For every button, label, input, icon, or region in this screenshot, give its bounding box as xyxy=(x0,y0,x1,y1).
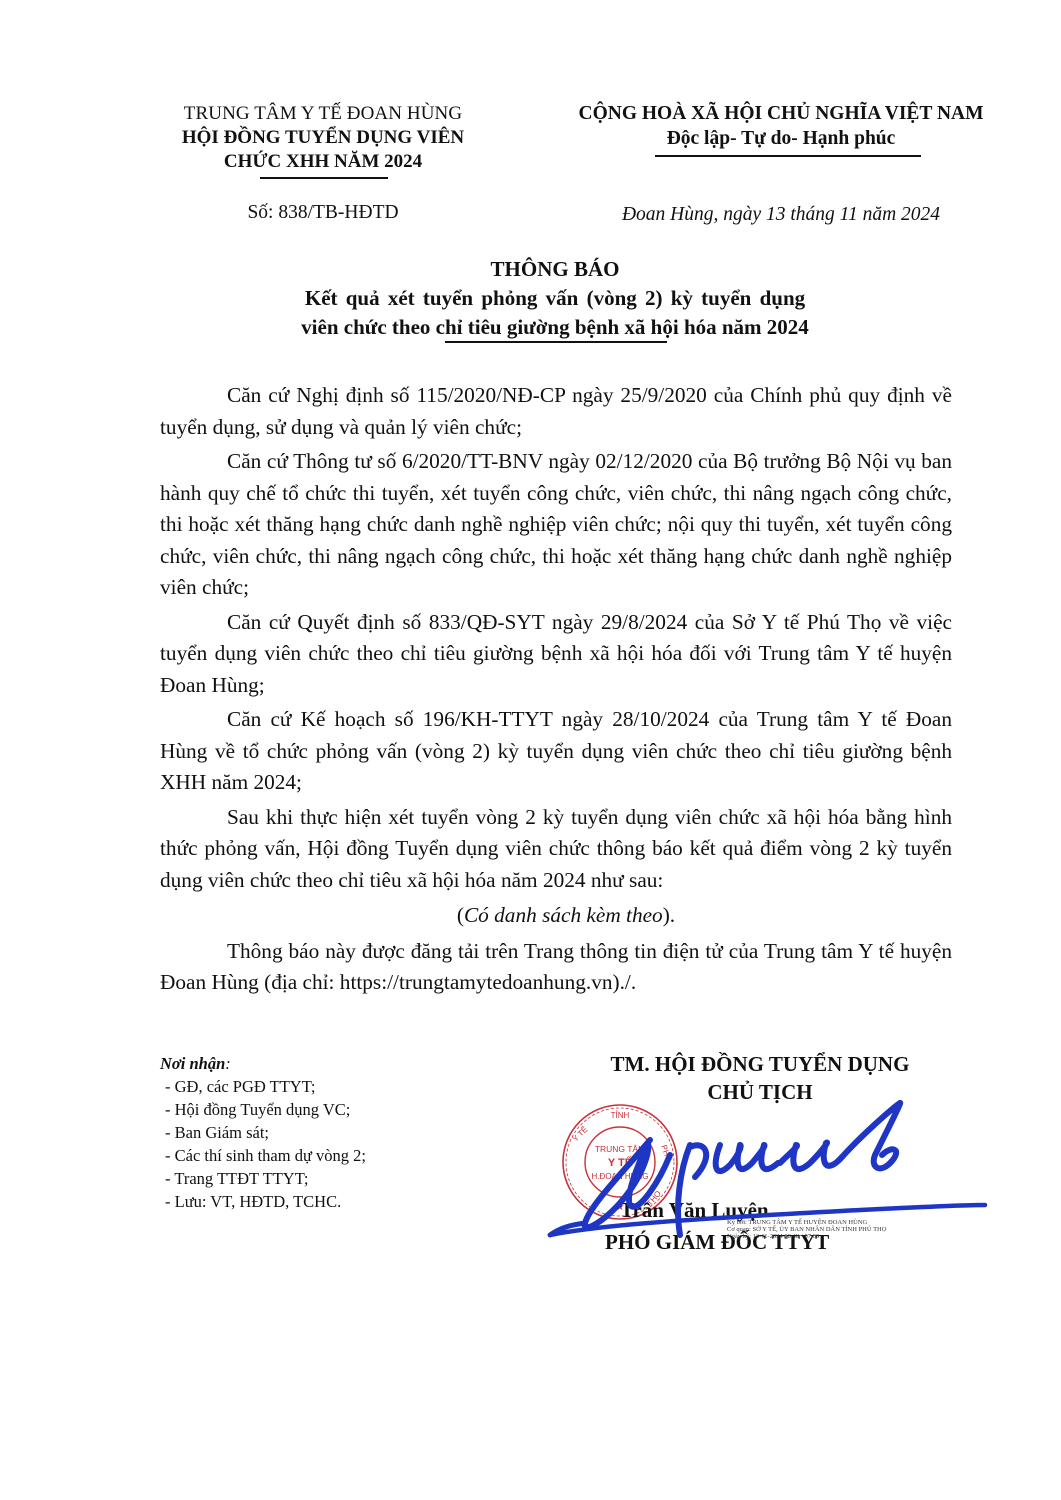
national-motto: Độc lập- Tự do- Hạnh phúc xyxy=(548,126,1014,152)
recipients-heading: Nơi nhận: xyxy=(160,1052,480,1075)
title-underline xyxy=(445,341,667,343)
recipient-item: - Ban Giám sát; xyxy=(160,1121,480,1144)
announcement-paragraph: Sau khi thực hiện xét tuyển vòng 2 kỳ tu… xyxy=(160,802,952,897)
legal-basis-paragraph: Căn cứ Thông tư số 6/2020/TT-BNV ngày 02… xyxy=(160,446,952,604)
recipients-heading-text: Nơi nhận xyxy=(160,1054,225,1073)
recipient-item: - Hội đồng Tuyển dụng VC; xyxy=(160,1098,480,1121)
subject-line-2-text: viên chức theo chỉ tiêu giường bệnh xã h… xyxy=(301,315,809,339)
legal-basis-paragraph: Căn cứ Nghị định số 115/2020/NĐ-CP ngày … xyxy=(160,380,952,443)
attachment-note-text: Có danh sách kèm theo xyxy=(464,903,663,927)
legal-basis-paragraph: Căn cứ Quyết định số 833/QĐ-SYT ngày 29/… xyxy=(160,607,952,702)
document-number: Số: 838/TB-HĐTD xyxy=(150,200,496,226)
nation-name: CỘNG HOÀ XÃ HỘI CHỦ NGHĨA VIỆT NAM xyxy=(548,102,1014,126)
header-left-divider xyxy=(260,177,388,179)
document-body: Căn cứ Nghị định số 115/2020/NĐ-CP ngày … xyxy=(160,380,952,1002)
place-and-date: Đoan Hùng, ngày 13 tháng 11 năm 2024 xyxy=(548,202,1014,228)
attachment-note: (Có danh sách kèm theo). xyxy=(160,900,952,932)
publication-paragraph: Thông báo này được đăng tải trên Trang t… xyxy=(160,936,952,999)
legal-basis-paragraph: Căn cứ Kế hoạch số 196/KH-TTYT ngày 28/1… xyxy=(160,704,952,799)
council-name-line2: CHỨC XHH NĂM 2024 xyxy=(150,150,496,174)
recipient-item: - Trang TTĐT TTYT; xyxy=(160,1167,480,1190)
handwritten-signature-icon xyxy=(530,1085,990,1245)
recipient-item: - Các thí sinh tham dự vòng 2; xyxy=(160,1144,480,1167)
paren-close: ). xyxy=(663,903,675,927)
document-type: THÔNG BÁO xyxy=(150,254,960,284)
agency-name: TRUNG TÂM Y TẾ ĐOAN HÙNG xyxy=(150,102,496,126)
document-title: THÔNG BÁO Kết quả xét tuyển phỏng vấn (v… xyxy=(150,254,960,342)
council-name-line1: HỘI ĐỒNG TUYỂN DỤNG VIÊN xyxy=(150,126,496,150)
subject-line-1: Kết quả xét tuyển phỏng vấn (vòng 2) kỳ … xyxy=(150,284,960,313)
recipient-item: - GĐ, các PGĐ TTYT; xyxy=(160,1075,480,1098)
national-header: CỘNG HOÀ XÃ HỘI CHỦ NGHĨA VIỆT NAM Độc l… xyxy=(548,102,1014,157)
recipients-list: Nơi nhận: - GĐ, các PGĐ TTYT; - Hội đồng… xyxy=(160,1052,480,1213)
subject-line-2: viên chức theo chỉ tiêu giường bệnh xã h… xyxy=(150,313,960,342)
issuing-agency-header: TRUNG TÂM Y TẾ ĐOAN HÙNG HỘI ĐỒNG TUYỂN … xyxy=(150,102,496,179)
paren-open: ( xyxy=(457,903,464,927)
on-behalf-of: TM. HỘI ĐỒNG TUYỂN DỤNG xyxy=(545,1050,975,1078)
header-right-divider xyxy=(655,155,921,157)
recipient-item: - Lưu: VT, HĐTD, TCHC. xyxy=(160,1190,480,1213)
